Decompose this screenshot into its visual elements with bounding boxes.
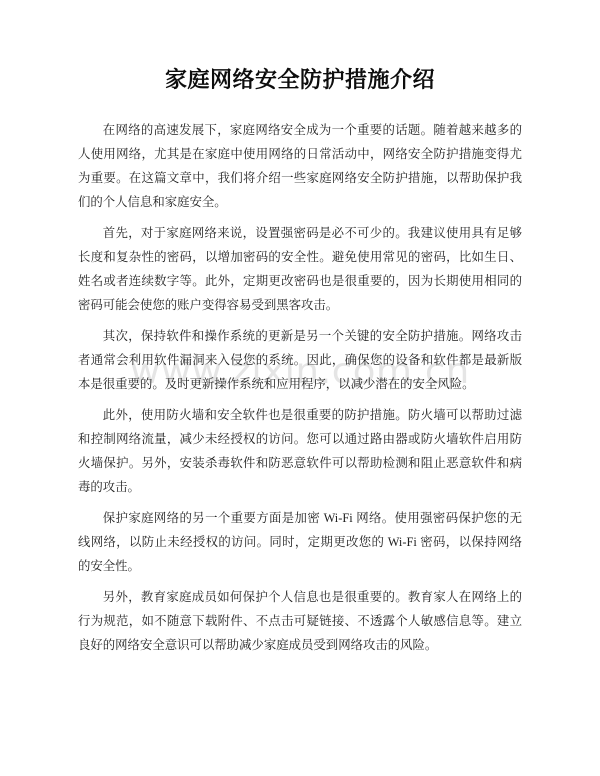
paragraph-family-education: 另外，教育家庭成员如何保护个人信息也是很重要的。教育家人在网络上的行为规范，如不… (78, 585, 522, 657)
document-content: 家庭网络安全防护措施介绍 在网络的高速发展下，家庭网络安全成为一个重要的话题。随… (0, 0, 600, 657)
paragraph-firewall-antivirus: 此外，使用防火墙和安全软件也是很重要的防护措施。防火墙可以帮助过滤和控制网络流量… (78, 403, 522, 499)
document-page: www.zixin.com.cn 家庭网络安全防护措施介绍 在网络的高速发展下，… (0, 0, 600, 776)
paragraph-strong-password: 首先，对于家庭网络来说，设置强密码是必不可少的。我建议使用具有足够长度和复杂性的… (78, 221, 522, 317)
paragraph-software-updates: 其次，保持软件和操作系统的更新是另一个关键的安全防护措施。网络攻击者通常会利用软… (78, 324, 522, 396)
document-title: 家庭网络安全防护措施介绍 (78, 64, 522, 95)
paragraph-intro: 在网络的高速发展下，家庭网络安全成为一个重要的话题。随着越来越多的人使用网络，尤… (78, 118, 522, 214)
paragraph-wifi-encryption: 保护家庭网络的另一个重要方面是加密 Wi-Fi 网络。使用强密码保护您的无线网络… (78, 506, 522, 578)
